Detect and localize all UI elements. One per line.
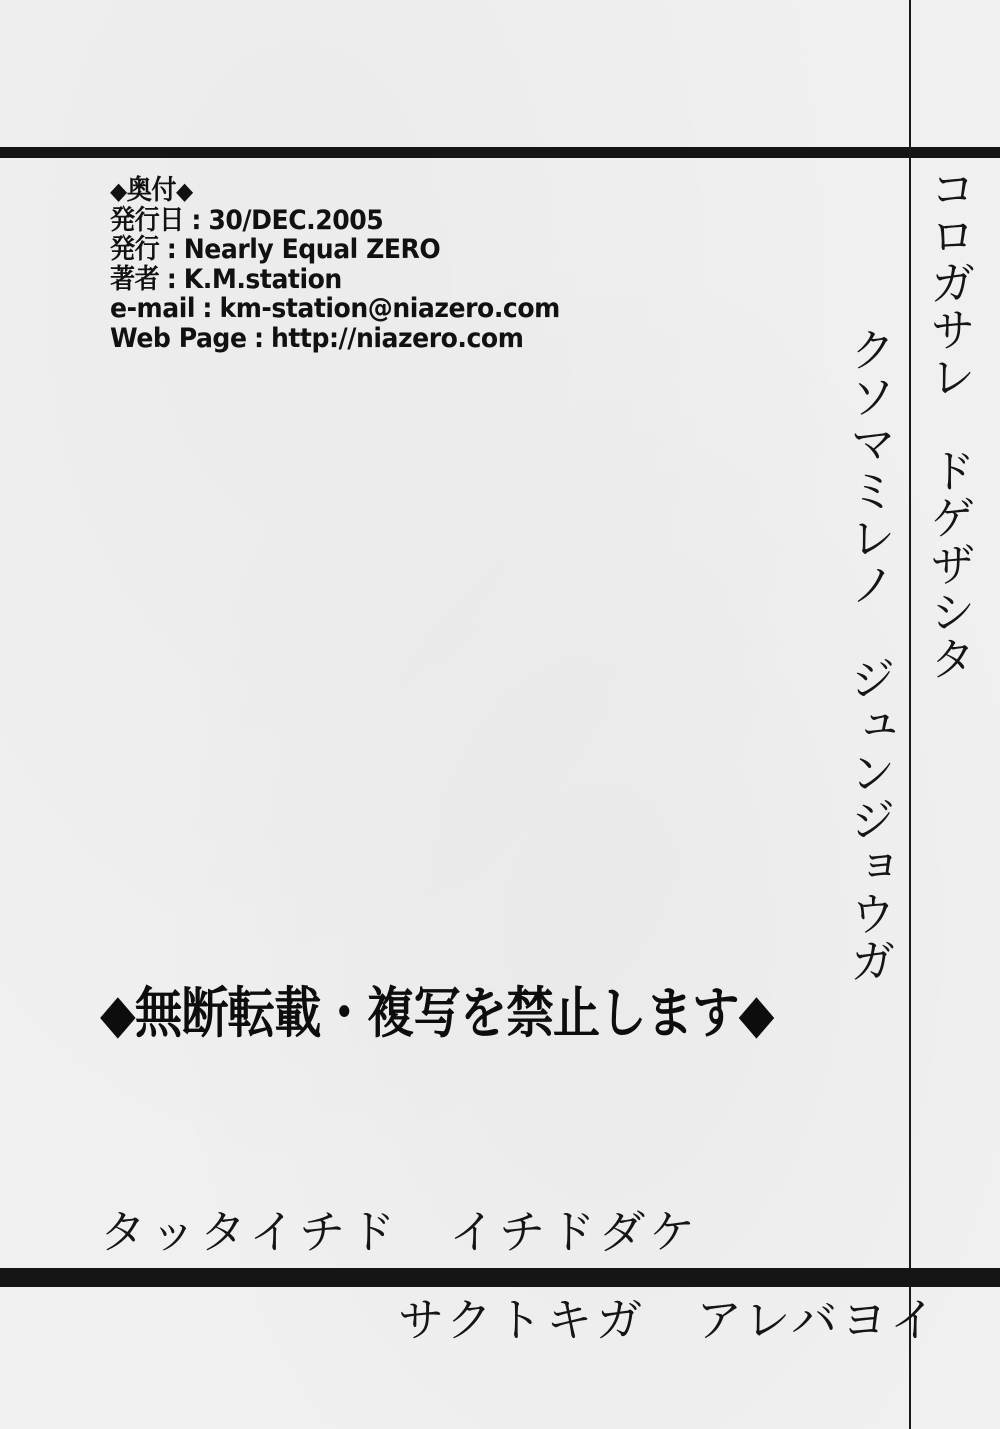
- bottom-horizontal-rule: [0, 1268, 1000, 1287]
- separator: :: [254, 324, 264, 354]
- top-horizontal-rule: [0, 147, 1000, 158]
- web-page-label: Web Page: [110, 323, 247, 354]
- email-row: e-mail:km-station@niazero.com: [110, 294, 560, 324]
- separator: :: [167, 235, 177, 265]
- email-label: e-mail: [110, 293, 195, 324]
- colophon-block: ◆奥付◆ 発行日:30/DEC.2005 発行:Nearly Equal ZER…: [110, 176, 560, 353]
- web-page-row: Web Page:http://niazero.com: [110, 324, 560, 354]
- colophon-title: 奥付: [127, 175, 176, 206]
- diamond-icon: ◆: [110, 177, 127, 207]
- bottom-text-line-2: サクトキガ アレバヨイ: [398, 1292, 940, 1348]
- vertical-text-column-2: クソマミレノ ジュンジョウガ: [845, 326, 895, 984]
- copyright-notice: ◆無断転載・複写を禁止します◆: [100, 978, 773, 1049]
- colophon-heading: ◆奥付◆: [110, 176, 560, 206]
- separator: :: [202, 294, 212, 324]
- bottom-text-line-1: タッタイチド イチドダケ: [100, 1204, 699, 1260]
- diamond-icon: ◆: [100, 982, 135, 1045]
- email-value: km-station@niazero.com: [219, 293, 559, 324]
- vertical-rule: [909, 0, 911, 1429]
- publish-date-row: 発行日:30/DEC.2005: [110, 206, 560, 236]
- web-page-value: http://niazero.com: [271, 323, 523, 354]
- separator: :: [167, 265, 177, 295]
- separator: :: [191, 206, 201, 236]
- publisher-row: 発行:Nearly Equal ZERO: [110, 235, 560, 265]
- publish-date-label: 発行日: [110, 205, 184, 236]
- author-value: K.M.station: [184, 264, 342, 295]
- diamond-icon: ◆: [176, 177, 193, 207]
- vertical-text-column-1: コロガサレ ドゲザシタ: [925, 165, 975, 682]
- diamond-icon: ◆: [739, 982, 774, 1045]
- publish-date-value: 30/DEC.2005: [208, 205, 383, 236]
- author-row: 著者:K.M.station: [110, 265, 560, 295]
- colophon-page: ◆奥付◆ 発行日:30/DEC.2005 発行:Nearly Equal ZER…: [0, 0, 1000, 1429]
- publisher-label: 発行: [110, 234, 159, 265]
- publisher-value: Nearly Equal ZERO: [184, 234, 441, 265]
- author-label: 著者: [110, 264, 159, 295]
- copyright-notice-text: 無断転載・複写を禁止します: [135, 981, 739, 1045]
